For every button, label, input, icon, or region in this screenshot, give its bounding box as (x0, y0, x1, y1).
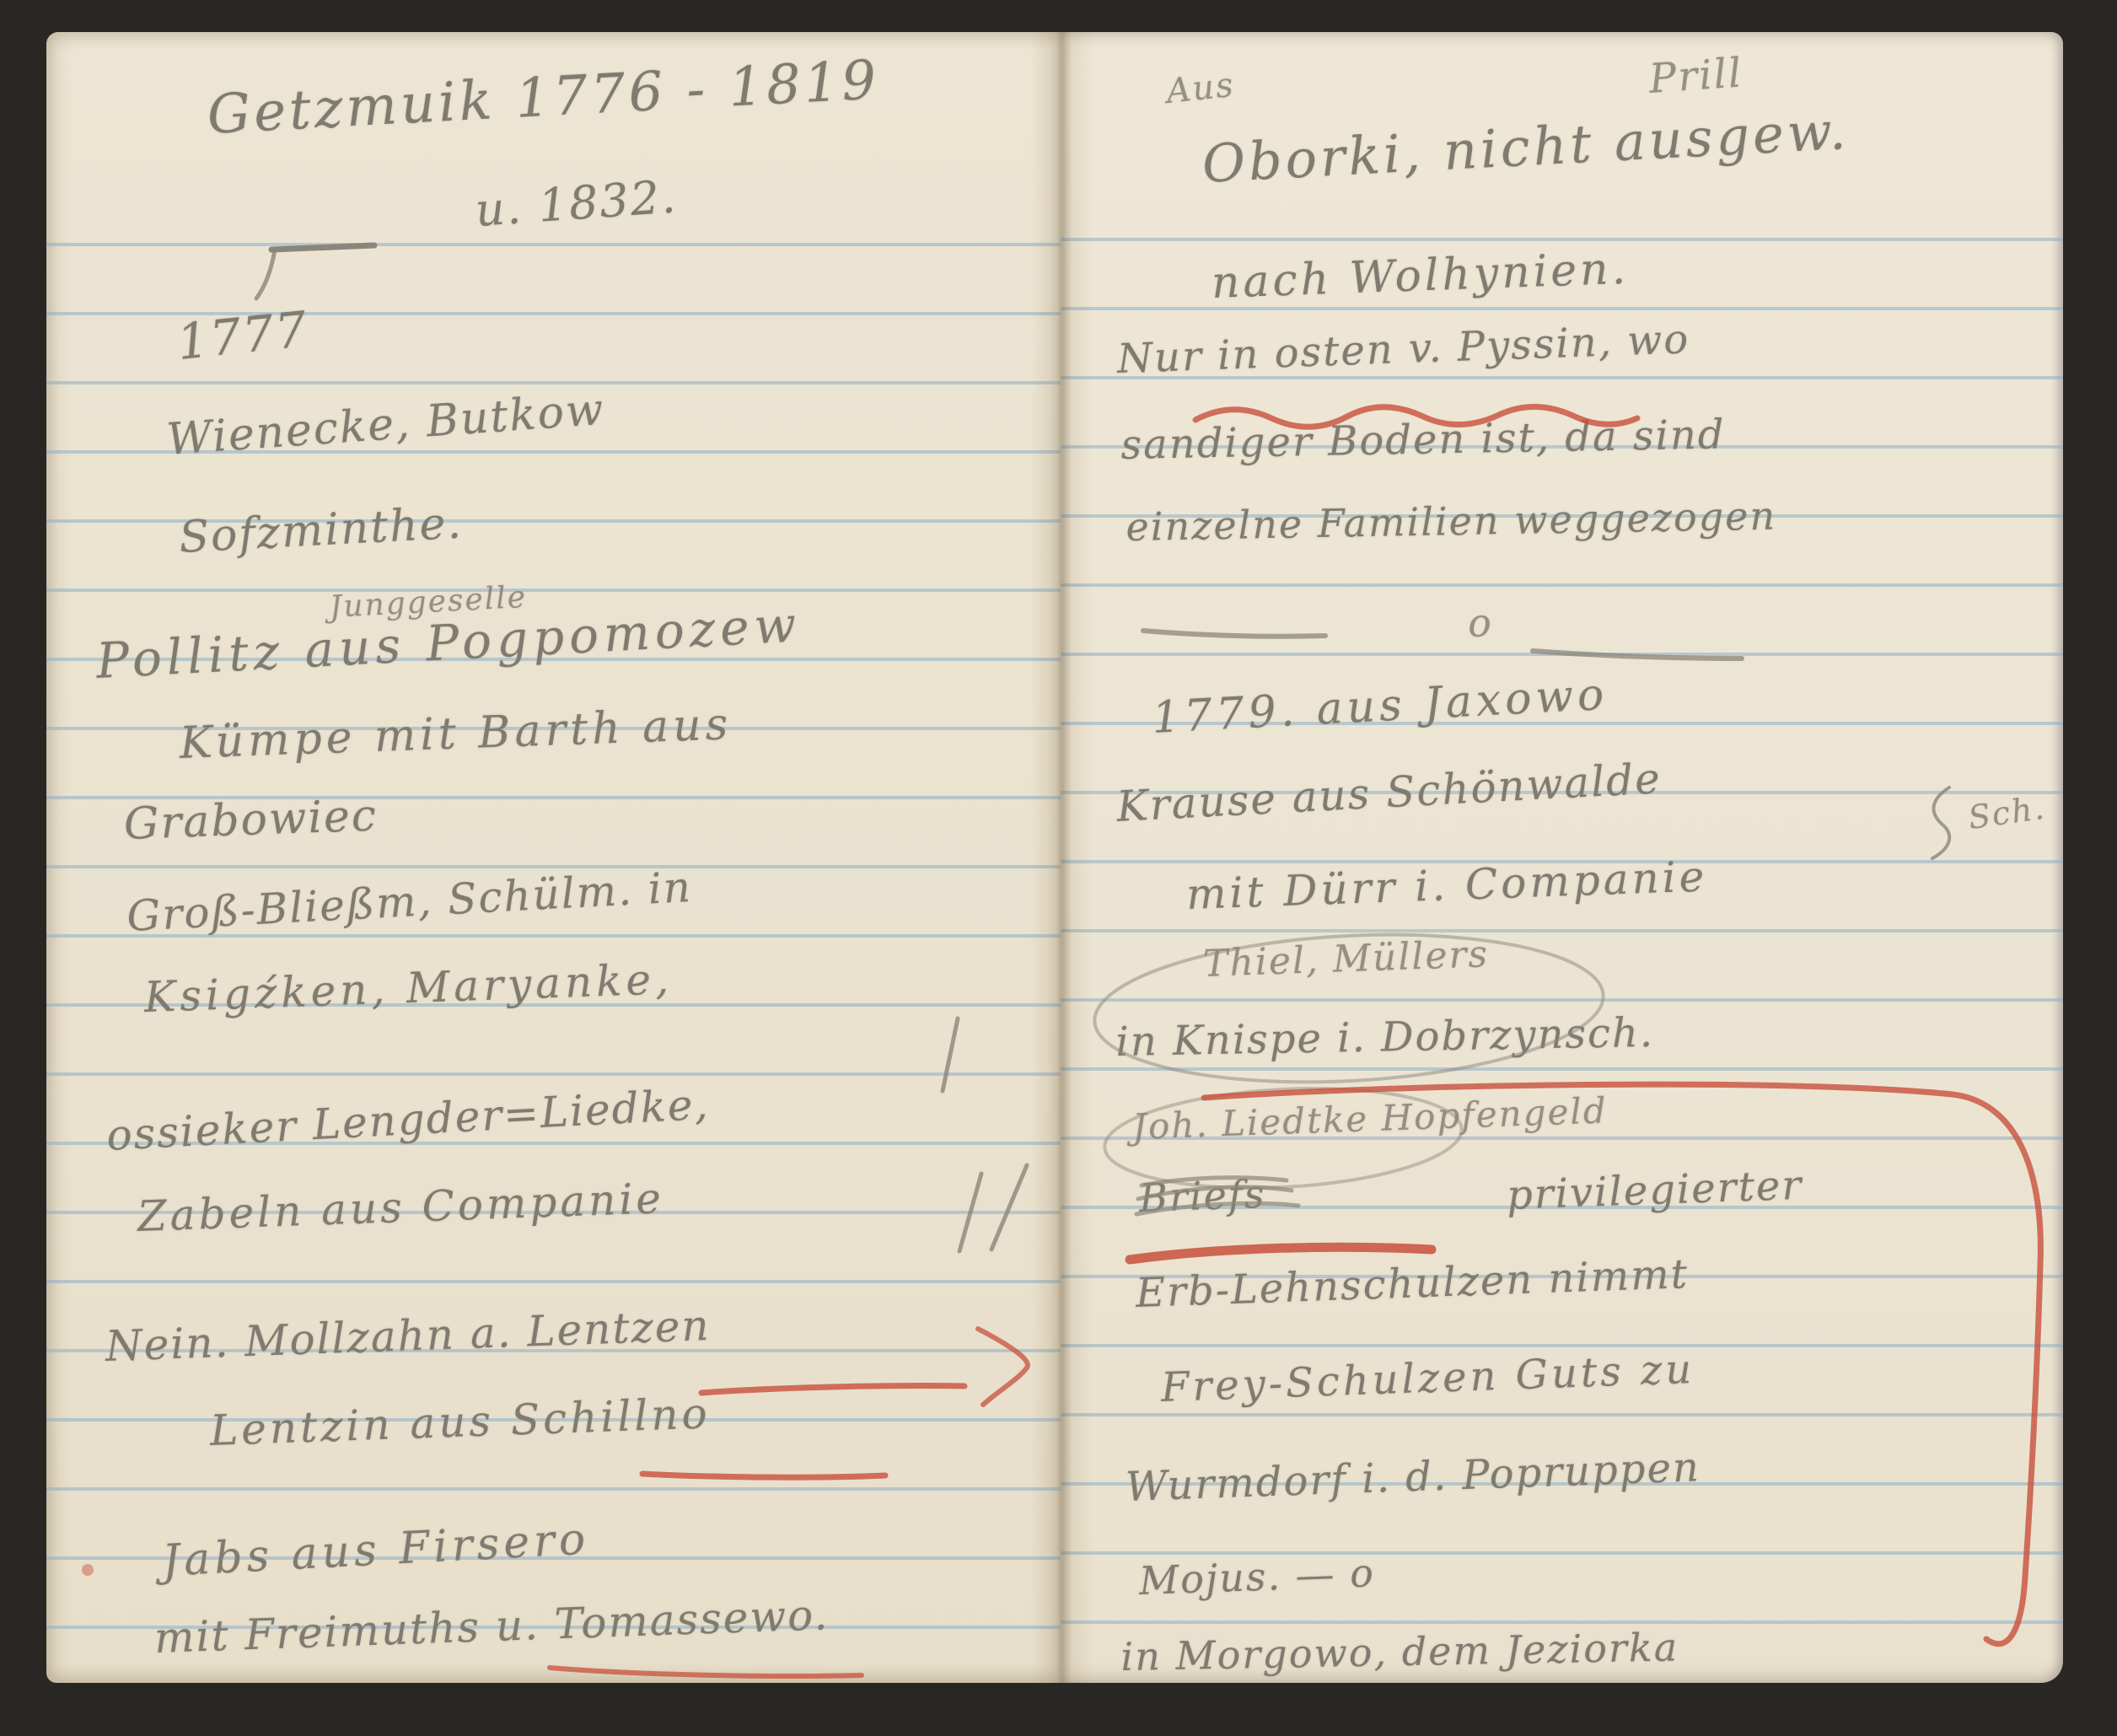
handwritten-line: in Morgowo, dem Jeziorka (1120, 1624, 1679, 1680)
top-note: Prill (1647, 49, 1744, 103)
divider-symbol: o (1467, 599, 1494, 646)
notebook-spread: Getzmuik 1776 - 1819 u. 1832. 1777 Wiene… (0, 0, 2117, 1736)
scribbled-word: Briefs (1138, 1171, 1266, 1221)
handwritten-line: in Knispe i. Dobrzynsch. (1115, 1009, 1654, 1066)
handwritten-line: Grabowiec (123, 791, 379, 850)
notebook-photo: { "paper": { "background_color": "#28272… (0, 0, 2117, 1736)
corner-note: Aus (1164, 66, 1237, 111)
handwritten-line: Mojus. — o (1138, 1550, 1376, 1604)
